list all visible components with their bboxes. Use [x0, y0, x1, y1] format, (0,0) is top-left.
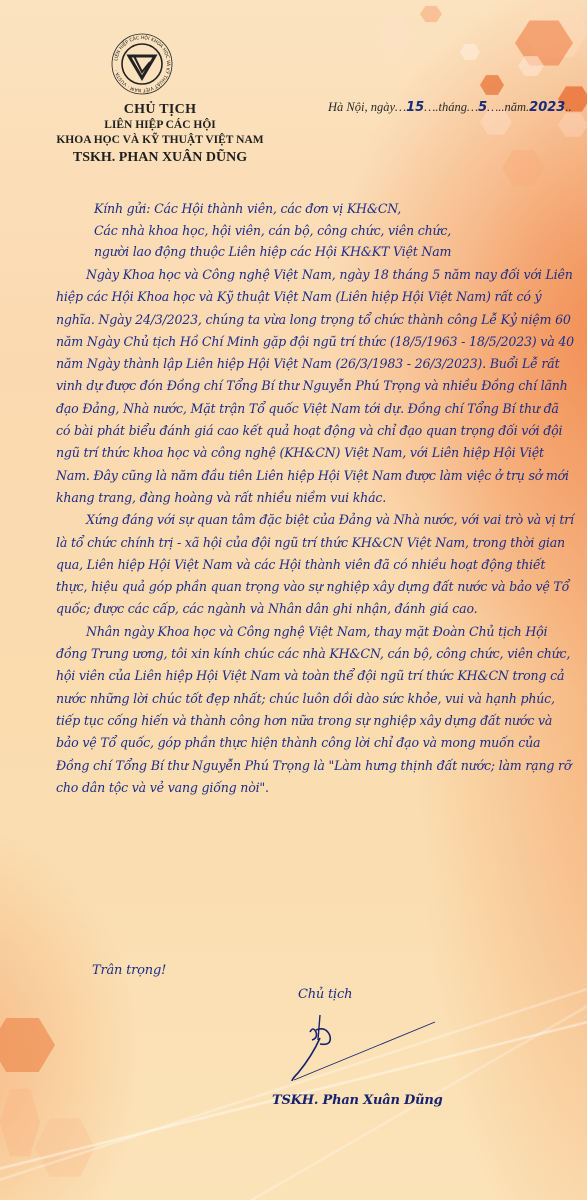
letterhead-organization-line2: KHOA HỌC VÀ KỸ THUẬT VIỆT NAM	[20, 134, 300, 146]
body-paragraph: Xứng đáng với sự quan tâm đặc biệt của Đ…	[56, 509, 576, 620]
address-line: người lao động thuộc Liên hiệp các Hội K…	[94, 241, 534, 263]
hexagon-decoration-icon	[480, 74, 504, 96]
signature-name: TSKH. Phan Xuân Dũng	[272, 1090, 443, 1112]
date-year: 2023	[529, 100, 565, 115]
hexagon-decoration-icon	[0, 1085, 40, 1160]
signature-title: Chủ tịch	[298, 984, 352, 1006]
hexagon-decoration-icon	[420, 5, 442, 23]
date-month-label: tháng	[438, 100, 466, 114]
letter-body: Ngày Khoa học và Công nghệ Việt Nam, ngà…	[56, 264, 576, 799]
date-day: 15	[406, 100, 424, 115]
hexagon-decoration-icon	[558, 112, 587, 138]
address-line: Các nhà khoa học, hội viên, cán bộ, công…	[94, 220, 534, 242]
body-paragraph: Nhân ngày Khoa học và Công nghệ Việt Nam…	[56, 621, 576, 799]
address-block: Kính gửi: Các Hội thành viên, các đơn vị…	[94, 198, 534, 263]
letterhead-name: TSKH. PHAN XUÂN DŨNG	[20, 150, 300, 166]
date-place: Hà Nội, ngày	[328, 100, 395, 114]
letterhead-position: CHỦ TỊCH	[20, 102, 300, 118]
dateline: Hà Nội, ngày…15….tháng…5…..năm.2023..	[328, 100, 572, 115]
closing: Trân trọng!	[92, 960, 166, 982]
hexagon-decoration-icon	[502, 148, 544, 188]
date-year-label: năm	[505, 100, 527, 114]
hexagon-decoration-icon	[380, 15, 410, 60]
body-paragraph: Ngày Khoa học và Công nghệ Việt Nam, ngà…	[56, 264, 576, 509]
letter-page: LIÊN HIỆP CÁC HỘI KHOA HỌC VÀ KỸ THUẬT V…	[0, 0, 587, 1200]
date-month: 5	[478, 100, 487, 115]
handwritten-signature-icon	[290, 1010, 440, 1090]
vusta-logo-icon: LIÊN HIỆP CÁC HỘI KHOA HỌC VÀ KỸ THUẬT V…	[110, 32, 174, 96]
hexagon-decoration-icon	[0, 1015, 55, 1075]
hexagon-decoration-icon	[460, 43, 480, 61]
letterhead-organization-line1: LIÊN HIỆP CÁC HỘI	[20, 119, 300, 131]
address-line: Kính gửi: Các Hội thành viên, các đơn vị…	[94, 198, 534, 220]
